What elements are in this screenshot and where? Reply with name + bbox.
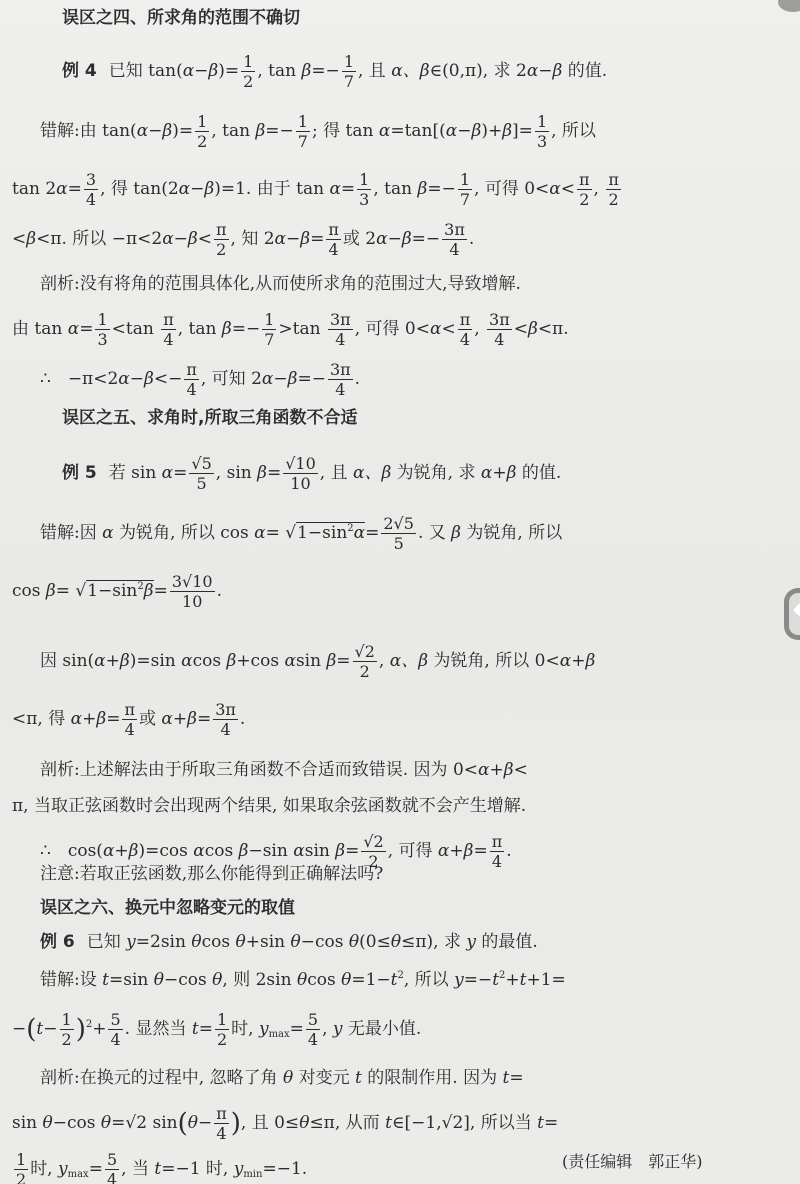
example-4-problem: 例 4已知 tan(α−β)=12, tan β=−17, 且 α、β∈(0,π… — [62, 52, 607, 91]
analysis-6-line-3: 12时, ymax=54, 当 t=−1 时, ymin=−1. — [12, 1150, 307, 1184]
square-root: 1−sin2β — [86, 580, 153, 601]
fraction: π4 — [214, 1104, 229, 1143]
fraction: 13 — [357, 170, 371, 209]
fraction: π4 — [458, 310, 473, 349]
fraction: π2 — [606, 170, 621, 209]
fraction: 17 — [458, 170, 472, 209]
fraction: 17 — [342, 52, 356, 91]
editor-credit: (责任编辑 郭正华) — [562, 1150, 703, 1174]
analysis-6-line-2: sin θ−cos θ=√2 sin(θ−π4), 且 0≤θ≤π, 从而 t∈… — [12, 1104, 558, 1143]
analysis-5-line-2: π, 当取正弦函数时会出现两个结果, 如果取余弦函数就不会产生增解. — [12, 794, 526, 818]
fraction: 13 — [535, 112, 549, 151]
wrong-solution-5-line-1: 错解:因 α 为锐角, 所以 cos α= √1−sin2α=2√55. 又 β… — [40, 514, 562, 553]
scanned-page: 误区之四、所求角的范围不确切 例 4已知 tan(α−β)=12, tan β=… — [0, 0, 800, 1184]
analysis-4-line-2: 由 tan α=13<tan π4, tan β=−17>tan 3π4, 可得… — [12, 310, 569, 349]
fraction: π4 — [122, 700, 137, 739]
fraction: 3π4 — [328, 310, 353, 349]
section-heading-6: 误区之六、换元中忽略变元的取值 — [40, 896, 295, 920]
fraction: 3π4 — [442, 220, 467, 259]
fraction: 54 — [306, 1010, 320, 1049]
fraction: π4 — [161, 310, 176, 349]
fraction: 3π4 — [328, 360, 353, 399]
note-5: 注意:若取正弦函数,那么你能得到正确解法吗? — [40, 862, 383, 886]
fraction: 17 — [296, 112, 310, 151]
fraction: 54 — [105, 1150, 119, 1184]
wrong-solution-6-line-2: −(t−12)2+54. 显然当 t=12时, ymax=54, y 无最小值. — [12, 1010, 421, 1049]
section-heading-5: 误区之五、求角时,所取三角函数不合适 — [62, 406, 357, 430]
fraction: √55 — [189, 454, 213, 493]
fraction: 13 — [95, 310, 109, 349]
example-label: 例 5 — [62, 463, 97, 483]
fraction: 17 — [262, 310, 276, 349]
example-6-problem: 例 6已知 y=2sin θcos θ+sin θ−cos θ(0≤θ≤π), … — [40, 930, 538, 954]
fraction: 54 — [108, 1010, 122, 1049]
fraction: √1010 — [283, 454, 318, 493]
analysis-4-line-3: ∴ −π<2α−β<−π4, 可知 2α−β=−3π4. — [40, 360, 360, 399]
fraction: √22 — [353, 642, 377, 681]
analysis-4-line-1: 剖析:没有将角的范围具体化,从而使所求角的范围过大,导致增解. — [40, 272, 521, 296]
fraction: 2√55 — [381, 514, 416, 553]
wrong-solution-5-line-2: cos β= √1−sin2β=3√1010. — [12, 572, 222, 611]
wrong-solution-5-line-4: <π, 得 α+β=π4或 α+β=3π4. — [12, 700, 245, 739]
fraction: 3π4 — [213, 700, 238, 739]
section-heading-4: 误区之四、所求角的范围不确切 — [62, 6, 300, 30]
wrong-solution-4-line-3: <β<π. 所以 −π<2α−β<π2, 知 2α−β=π4或 2α−β=−3π… — [12, 220, 474, 259]
wrong-solution-5-line-3: 因 sin(α+β)=sin αcos β+cos αsin β=√22, α、… — [40, 642, 595, 681]
wrong-solution-6-line-1: 错解:设 t=sin θ−cos θ, 则 2sin θcos θ=1−t2, … — [40, 964, 566, 992]
example-label: 例 6 — [40, 932, 75, 952]
square-root: 1−sin2α — [296, 522, 365, 543]
analysis-5-line-1: 剖析:上述解法由于所取三角函数不合适而致错误. 因为 0<α+β< — [40, 758, 528, 782]
chevron-left-icon[interactable] — [784, 588, 800, 640]
fraction: π2 — [577, 170, 592, 209]
fraction: π2 — [214, 220, 229, 259]
fraction: 12 — [14, 1150, 28, 1184]
fraction: π4 — [326, 220, 341, 259]
scan-artifact — [778, 0, 800, 12]
example-5-problem: 例 5若 sin α=√55, sin β=√1010, 且 α、β 为锐角, … — [62, 454, 561, 493]
fraction: 34 — [84, 170, 98, 209]
fraction: 12 — [241, 52, 255, 91]
wrong-solution-4-line-2: tan 2α=34, 得 tan(2α−β)=1. 由于 tan α=13, t… — [12, 170, 623, 209]
fraction: π4 — [184, 360, 199, 399]
example-label: 例 4 — [62, 61, 97, 81]
analysis-6-line-1: 剖析:在换元的过程中, 忽略了角 θ 对变元 t 的限制作用. 因为 t= — [40, 1066, 524, 1090]
fraction: 12 — [195, 112, 209, 151]
wrong-solution-4-line-1: 错解:由 tan(α−β)=12, tan β=−17; 得 tan α=tan… — [40, 112, 596, 151]
fraction: 3π4 — [487, 310, 512, 349]
fraction: π4 — [490, 832, 505, 871]
fraction: 12 — [60, 1010, 74, 1049]
fraction: 12 — [215, 1010, 229, 1049]
fraction: 3√1010 — [170, 572, 215, 611]
